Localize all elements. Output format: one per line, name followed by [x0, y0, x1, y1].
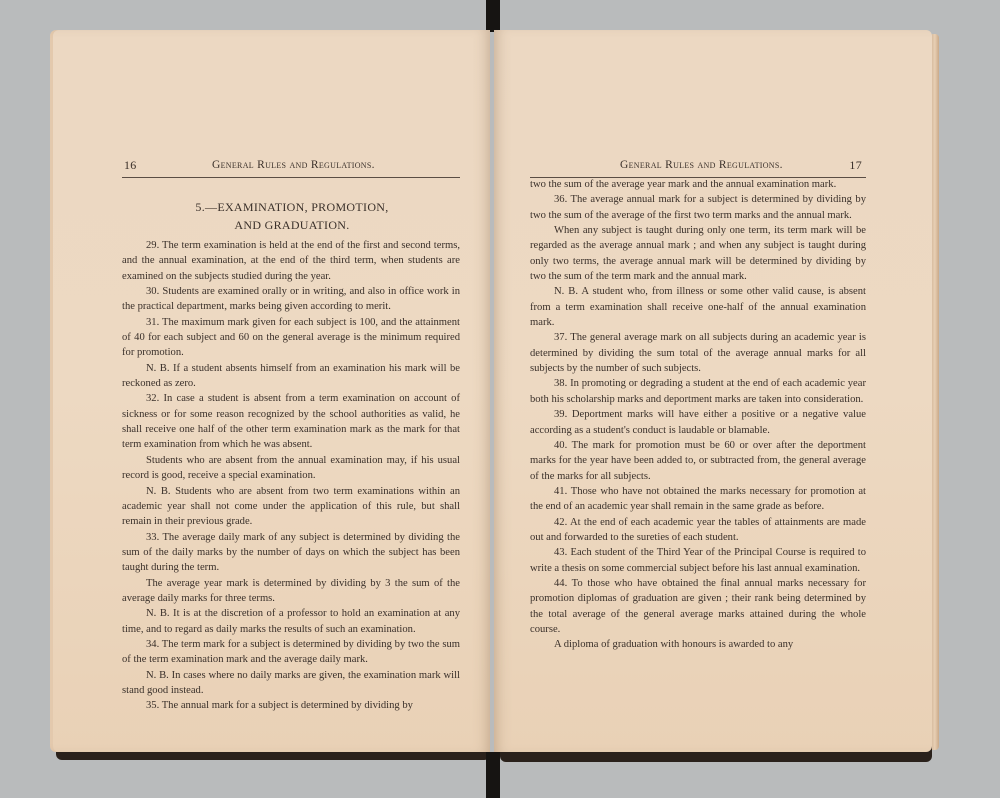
- running-head-title: General Rules and Regulations.: [212, 159, 375, 171]
- paragraph: 36. The average annual mark for a subjec…: [530, 192, 866, 223]
- paragraph: 33. The average daily mark of any subjec…: [122, 530, 460, 576]
- paragraph: 30. Students are examined orally or in w…: [122, 284, 460, 315]
- paragraph: 35. The annual mark for a subject is det…: [122, 698, 460, 713]
- section-title: 5.—EXAMINATION, PROMOTION, AND GRADUATIO…: [172, 198, 412, 234]
- section-title-line-2: AND GRADUATION.: [172, 216, 412, 234]
- paragraph: N. B. It is at the discretion of a profe…: [122, 606, 460, 637]
- paragraph: N. B. In cases where no daily marks are …: [122, 668, 460, 699]
- running-head-title: General Rules and Regulations.: [620, 159, 783, 171]
- paragraph: When any subject is taught during only o…: [530, 223, 866, 284]
- page-block-edge: [932, 34, 939, 750]
- running-head-right: General Rules and Regulations. 17: [530, 155, 866, 178]
- paragraph: 37. The general average mark on all subj…: [530, 330, 866, 376]
- paragraph: Students who are absent from the annual …: [122, 453, 460, 484]
- paragraph: The average year mark is determined by d…: [122, 576, 460, 607]
- right-page: General Rules and Regulations. 17 two th…: [494, 30, 932, 752]
- running-head-left: 16 General Rules and Regulations.: [122, 155, 460, 178]
- bookmark-ribbon-bottom: [486, 752, 500, 798]
- page-number: 17: [849, 158, 862, 173]
- paragraph: A diploma of graduation with honours is …: [530, 637, 866, 652]
- paragraph: 41. Those who have not obtained the mark…: [530, 484, 866, 515]
- paragraph: N. B. If a student absents himself from …: [122, 361, 460, 392]
- paragraph: 42. At the end of each academic year the…: [530, 515, 866, 546]
- paragraph: 34. The term mark for a subject is deter…: [122, 637, 460, 668]
- paragraph: 39. Deportment marks will have either a …: [530, 407, 866, 438]
- paragraph: 43. Each student of the Third Year of th…: [530, 545, 866, 576]
- paragraph: 32. In case a student is absent from a t…: [122, 391, 460, 452]
- paragraph: 31. The maximum mark given for each subj…: [122, 315, 460, 361]
- paragraph: N. B. Students who are absent from two t…: [122, 484, 460, 530]
- paragraph: 44. To those who have obtained the final…: [530, 576, 866, 637]
- paragraph: N. B. A student who, from illness or som…: [530, 284, 866, 330]
- bookmark-ribbon-top: [486, 0, 500, 32]
- paragraph: 40. The mark for promotion must be 60 or…: [530, 438, 866, 484]
- left-page: 16 General Rules and Regulations. 5.—EXA…: [50, 30, 490, 752]
- section-title-line-1: 5.—EXAMINATION, PROMOTION,: [172, 198, 412, 216]
- paragraph: 29. The term examination is held at the …: [122, 238, 460, 284]
- left-page-body: 29. The term examination is held at the …: [122, 238, 460, 714]
- page-number: 16: [124, 158, 137, 173]
- continued-paragraph: two the sum of the average year mark and…: [530, 177, 866, 192]
- paragraph: 38. In promoting or degrading a student …: [530, 376, 866, 407]
- right-page-body: two the sum of the average year mark and…: [530, 177, 866, 653]
